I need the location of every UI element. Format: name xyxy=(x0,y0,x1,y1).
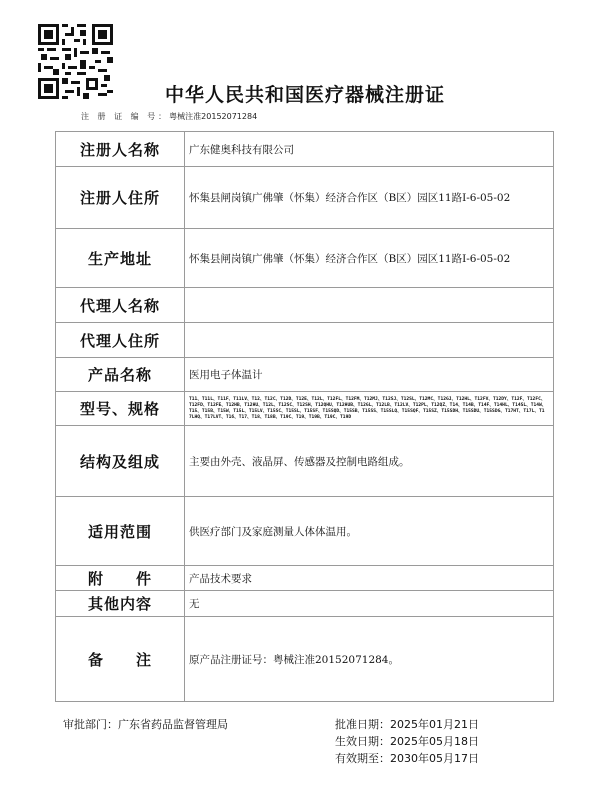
row-value: 医用电子体温计 xyxy=(185,358,554,392)
dates-block: 批准日期：2025年01月21日 生效日期：2025年05月18日 有效期至：2… xyxy=(335,716,479,767)
table-row: 结构及组成 主要由外壳、液晶屏、传感器及控制电路组成。 xyxy=(56,426,554,497)
row-label: 注册人名称 xyxy=(56,132,185,167)
approval-date: 批准日期：2025年01月21日 xyxy=(335,716,479,733)
row-label: 注册人住所 xyxy=(56,167,185,229)
table-row: 代理人住所 xyxy=(56,323,554,358)
table-row: 生产地址 怀集县闸岗镇广佛肇（怀集）经济合作区（B区）园区11路I-6-05-0… xyxy=(56,229,554,288)
certificate-table: 注册人名称 广东健奥科技有限公司 注册人住所 怀集县闸岗镇广佛肇（怀集）经济合作… xyxy=(55,131,554,702)
table-row: 备 注 原产品注册证号：粤械注准20152071284。 xyxy=(56,617,554,702)
row-label: 附 件 xyxy=(56,566,185,591)
approval-department: 审批部门：广东省药品监督管理局 xyxy=(63,716,228,732)
table-row: 注册人住所 怀集县闸岗镇广佛肇（怀集）经济合作区（B区）园区11路I-6-05-… xyxy=(56,167,554,229)
row-value xyxy=(185,288,554,323)
row-value: 广东健奥科技有限公司 xyxy=(185,132,554,167)
registration-number: 粤械注准20152071284 xyxy=(169,112,257,121)
row-value: T11、T11L、T11F、T11LV、T12、T12C、T12D、T12E、T… xyxy=(185,392,554,426)
row-label: 型号、规格 xyxy=(56,392,185,426)
registration-number-line: 注 册 证 编 号：粤械注准20152071284 xyxy=(81,111,257,122)
effective-date: 生效日期：2025年05月18日 xyxy=(335,733,479,750)
row-label: 备 注 xyxy=(56,617,185,702)
table-row: 型号、规格 T11、T11L、T11F、T11LV、T12、T12C、T12D、… xyxy=(56,392,554,426)
row-value: 怀集县闸岗镇广佛肇（怀集）经济合作区（B区）园区11路I-6-05-02 xyxy=(185,167,554,229)
table-row: 适用范围 供医疗部门及家庭测量人体体温用。 xyxy=(56,497,554,566)
row-value: 原产品注册证号：粤械注准20152071284。 xyxy=(185,617,554,702)
row-label: 产品名称 xyxy=(56,358,185,392)
row-label: 代理人名称 xyxy=(56,288,185,323)
row-label: 结构及组成 xyxy=(56,426,185,497)
row-value: 怀集县闸岗镇广佛肇（怀集）经济合作区（B区）园区11路I-6-05-02 xyxy=(185,229,554,288)
row-value: 主要由外壳、液晶屏、传感器及控制电路组成。 xyxy=(185,426,554,497)
table-row: 附 件 产品技术要求 xyxy=(56,566,554,591)
table-row: 注册人名称 广东健奥科技有限公司 xyxy=(56,132,554,167)
table-row: 代理人名称 xyxy=(56,288,554,323)
registration-number-label: 注 册 证 编 号： xyxy=(81,112,169,121)
row-value: 产品技术要求 xyxy=(185,566,554,591)
row-label: 生产地址 xyxy=(56,229,185,288)
row-value: 无 xyxy=(185,591,554,617)
row-value xyxy=(185,323,554,358)
table-row: 产品名称 医用电子体温计 xyxy=(56,358,554,392)
row-value: 供医疗部门及家庭测量人体体温用。 xyxy=(185,497,554,566)
row-label: 适用范围 xyxy=(56,497,185,566)
document-title: 中华人民共和国医疗器械注册证 xyxy=(150,80,460,107)
expiry-date: 有效期至：2030年05月17日 xyxy=(335,750,479,767)
qr-code-icon xyxy=(38,24,113,99)
table-row: 其他内容 无 xyxy=(56,591,554,617)
row-label: 代理人住所 xyxy=(56,323,185,358)
row-label: 其他内容 xyxy=(56,591,185,617)
